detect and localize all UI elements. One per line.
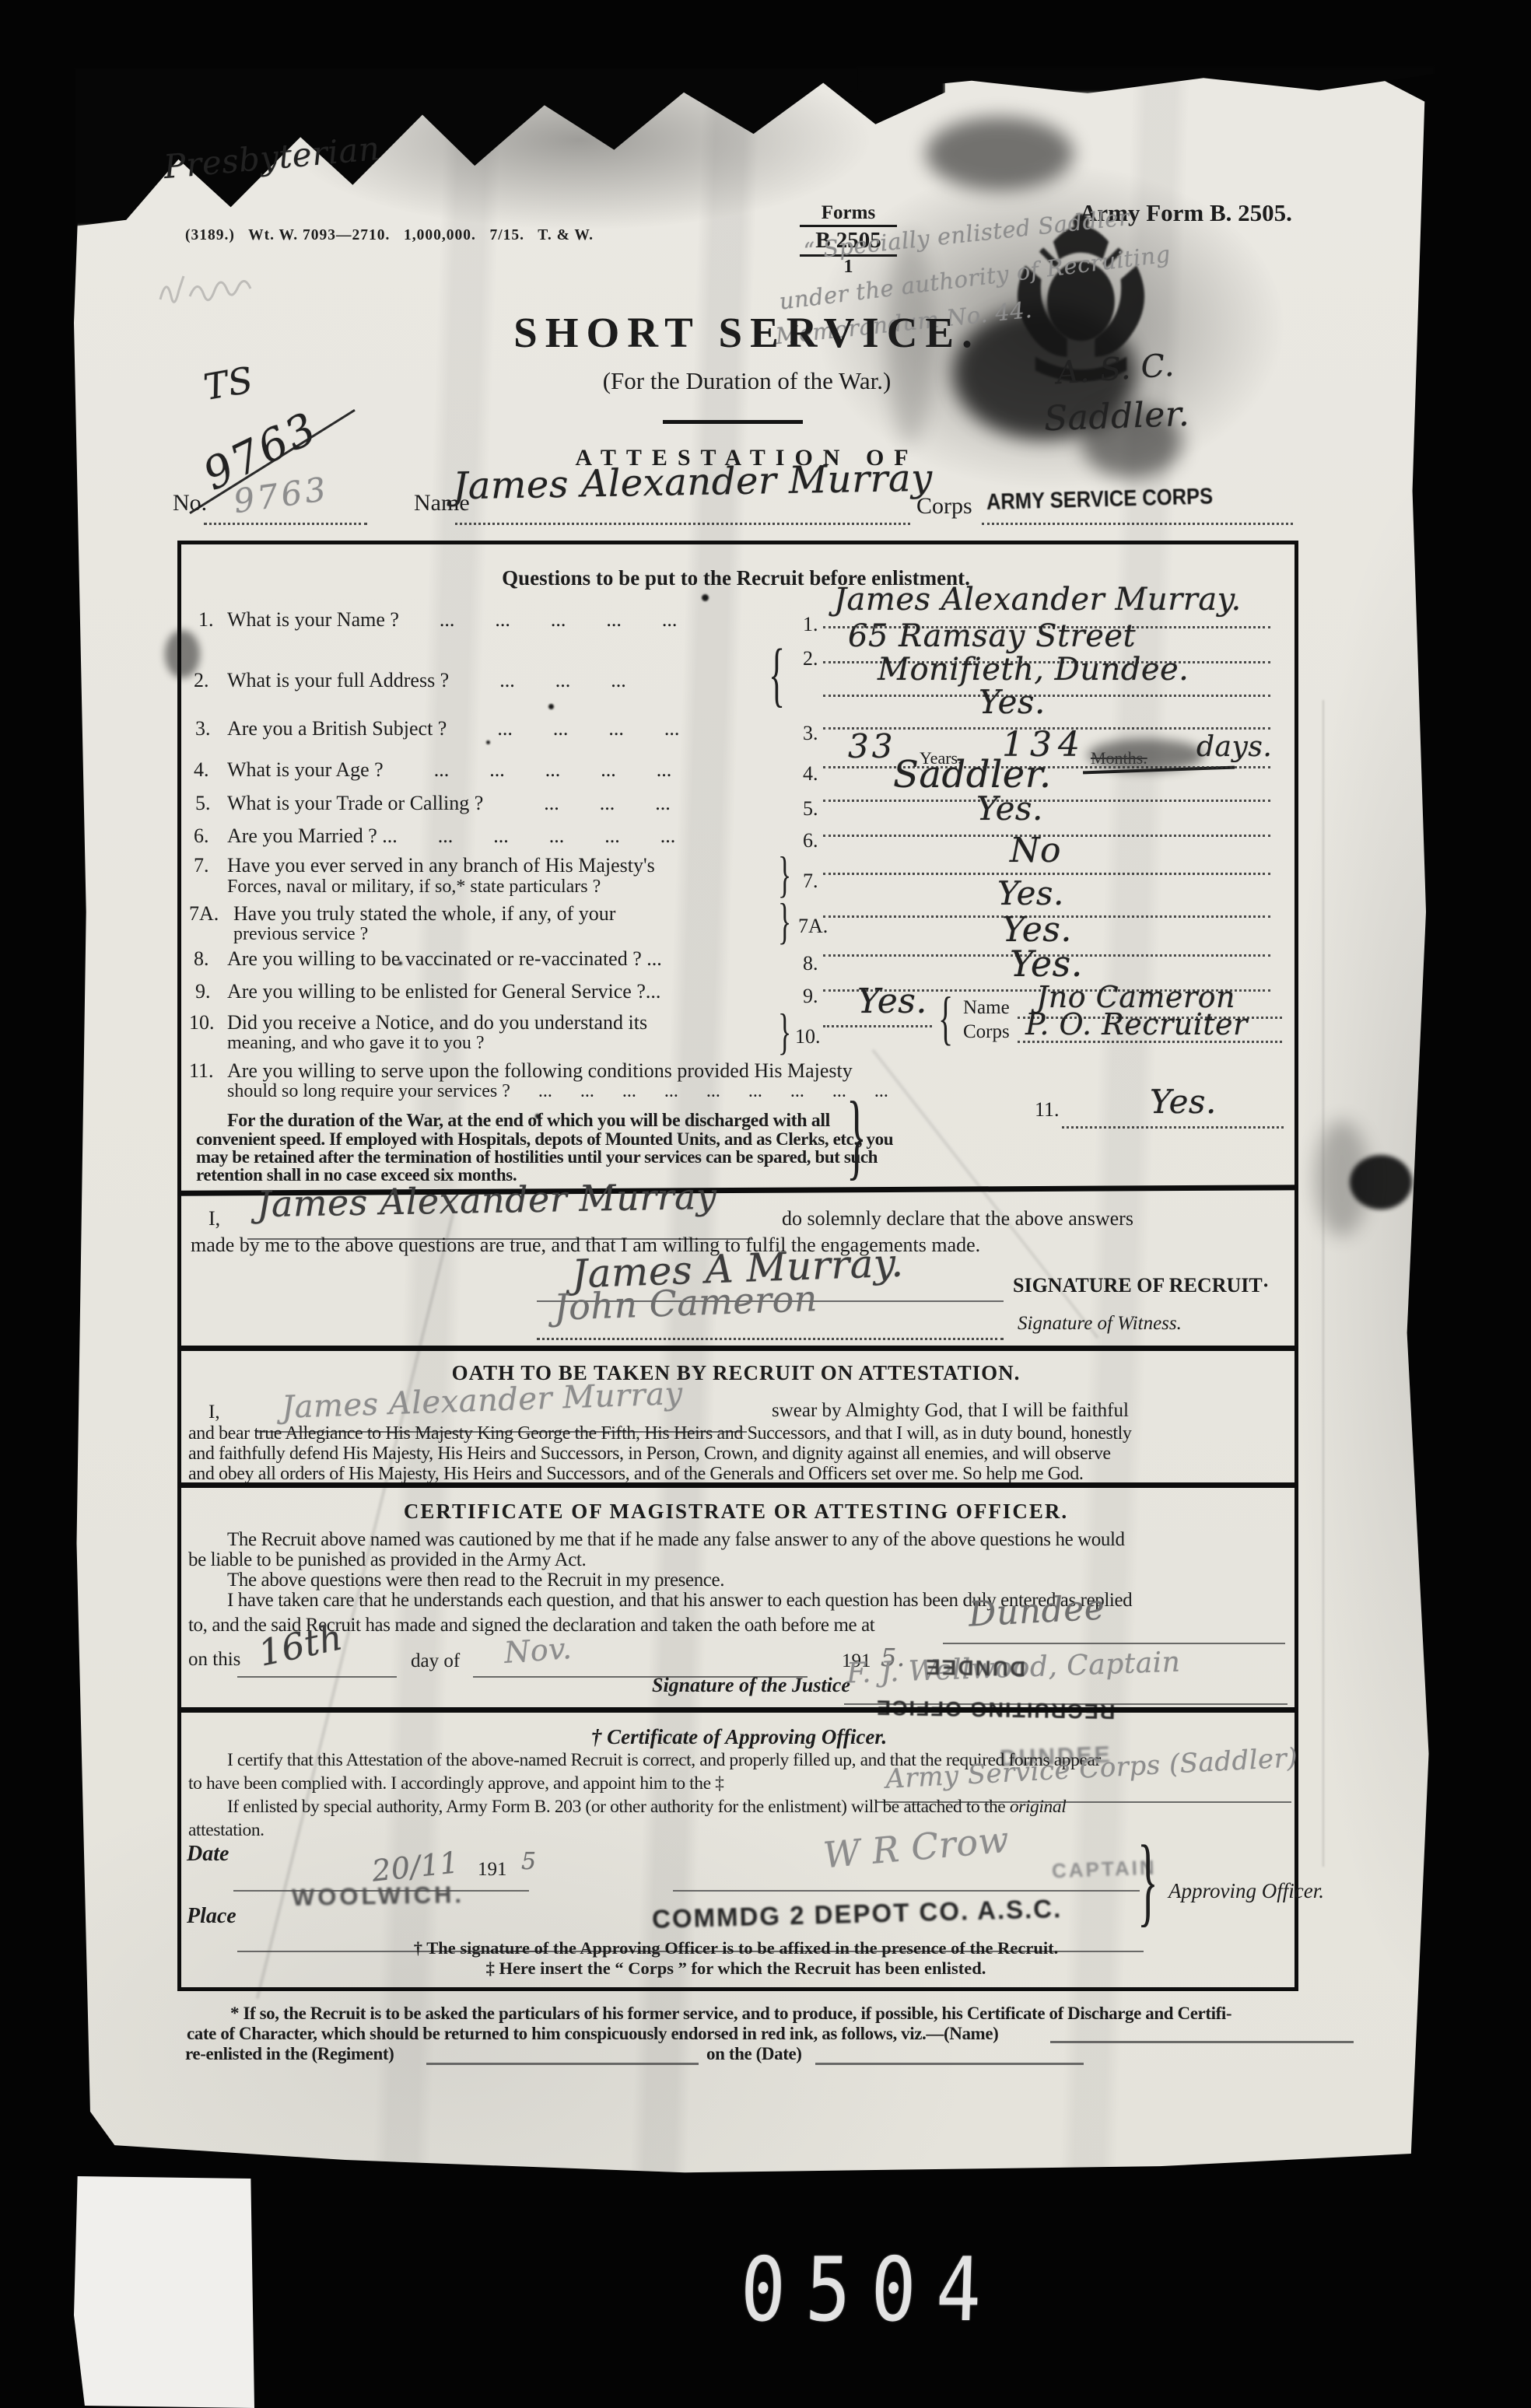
attestation-day-line — [237, 1676, 397, 1678]
q11-answer: Yes. — [1150, 1083, 1217, 1121]
q8-answer-number: 8. — [803, 952, 818, 975]
footnote-dagger: † The signature of the Approving Officer… — [177, 1938, 1295, 1958]
approval-year-printed: 191 — [478, 1859, 507, 1881]
corps-annotation-saddler: Saddler. — [1043, 394, 1190, 439]
day-of-label: day of — [411, 1650, 460, 1673]
magistrate-heading: CERTIFICATE OF MAGISTRATE OR ATTESTING O… — [177, 1500, 1295, 1524]
q4-months-label-struck: Months. — [1091, 748, 1147, 768]
magistrate-p2: The above questions were then read to th… — [227, 1570, 724, 1592]
q8-text: Are you willing to be vaccinated or re-v… — [227, 947, 662, 971]
q10-text-line1: Did you receive a Notice, and do you und… — [227, 1011, 647, 1034]
form-subtitle: (For the Duration of the War.) — [436, 367, 1058, 395]
q10-text-line2: meaning, and who gave it to you ? — [227, 1033, 485, 1055]
justice-signature-label: Signature of the Justice — [652, 1674, 850, 1697]
recruit-signature-label: SIGNATURE OF RECRUIT· — [1013, 1274, 1269, 1297]
attestation-place-line — [943, 1643, 1285, 1644]
approving-p2a-italic: original — [1010, 1797, 1067, 1817]
q10-answer: Yes. — [857, 982, 927, 1021]
bottom-note-date-line — [815, 2063, 1084, 2065]
q9-answer-number: 9. — [803, 985, 818, 1008]
bottom-note-name-line — [1050, 2041, 1354, 2043]
q10-name-label: Name — [963, 997, 1010, 1020]
magistrate-p1b: be liable to be punished as provided in … — [188, 1549, 586, 1572]
q1-text: What is your Name ? ... ... ... ... ... — [227, 608, 677, 632]
approving-heading: † Certificate of Approving Officer. — [405, 1725, 1074, 1749]
approving-brace — [1137, 1832, 1158, 1932]
oath-post: swear by Almighty God, that I will be fa… — [772, 1400, 1129, 1423]
place-label: Place — [187, 1904, 236, 1929]
corps-label: Corps — [916, 493, 972, 520]
name-value: James Alexander Murray — [453, 457, 934, 509]
declaration-pre: I, — [208, 1207, 220, 1230]
q7a-text-line2: previous service ? — [233, 924, 368, 946]
witness-signature-line — [537, 1338, 1004, 1340]
q5-text: What is your Trade or Calling ? ... ... … — [227, 792, 671, 815]
adjacent-frame-fragment — [74, 2176, 254, 2408]
q4-number: 4. — [194, 758, 209, 782]
section-rule — [177, 1482, 1298, 1488]
q2-number: 2. — [194, 669, 209, 692]
q5-answer-line — [823, 800, 1270, 802]
declaration-post: do solemnly declare that the above answe… — [782, 1207, 1133, 1230]
q11-text-line1: Are you willing to serve upon the follow… — [227, 1059, 853, 1083]
officer-signature-line — [673, 1890, 1140, 1892]
q7-number: 7. — [194, 854, 209, 877]
q6-number: 6. — [194, 824, 209, 848]
name-line — [455, 523, 910, 525]
q7a-number: 7A. — [189, 902, 219, 926]
q1-number: 1. — [198, 608, 214, 632]
witness-signature-label: Signature of Witness. — [1018, 1313, 1182, 1335]
q7-text-line1: Have you ever served in any branch of Hi… — [227, 854, 655, 877]
approving-p2a: If enlisted by special authority, Army F… — [227, 1797, 1066, 1818]
q5-answer-number: 5. — [803, 797, 818, 821]
q2-answer-line1: 65 Ramsay Street — [848, 618, 1136, 654]
q7-answer: No — [1010, 831, 1061, 870]
q4-days-suffix: days. — [1196, 731, 1272, 763]
q4-answer-years: 33 — [848, 727, 895, 765]
q8-number: 8. — [194, 947, 209, 971]
declaration-name: James Alexander Murray — [257, 1175, 717, 1225]
magistrate-p1a: The Recruit above named was cautioned by… — [227, 1529, 1125, 1552]
q11-answer-number: 11. — [1035, 1098, 1060, 1122]
q5-number: 5. — [195, 792, 211, 815]
bottom-note-line4: on the (Date) — [706, 2044, 802, 2064]
bottom-note-regiment-line — [426, 2063, 699, 2065]
q10-corps-label: Corps — [963, 1021, 1010, 1044]
ink-smudge — [926, 117, 1074, 191]
oath-line3: and faithfully defend His Majesty, His H… — [188, 1444, 1111, 1465]
q11-answer-line — [1062, 1126, 1284, 1129]
microfilm-frame: Presbyterian (3189.) Wt. W. 7093—2710. 1… — [0, 0, 1531, 2408]
bottom-note-line1: * If so, the Recruit is to be asked the … — [230, 2004, 1231, 2024]
q1-answer-number: 1. — [803, 613, 818, 636]
oath-line2: and bear true Allegiance to His Majesty … — [188, 1423, 1132, 1445]
q2-answer-number: 2. — [803, 647, 818, 670]
oath-heading: OATH TO BE TAKEN BY RECRUIT ON ATTESTATI… — [177, 1361, 1295, 1385]
approval-year-value: 5 — [521, 1848, 537, 1875]
title-underline — [663, 420, 803, 424]
form-title: SHORT SERVICE. — [436, 308, 1058, 357]
frame-counter: 0504 — [739, 2238, 1003, 2341]
attestation-place-value: Dundee — [968, 1587, 1106, 1634]
q10-brace — [778, 1006, 791, 1057]
q3-answer: Yes. — [979, 683, 1046, 721]
conditions-brace — [846, 1087, 867, 1184]
dundee-stamp-inverted: DUNDEE — [924, 1654, 1026, 1681]
q2-brace — [769, 639, 785, 711]
bottom-note-line2: cate of Character, which should be retur… — [187, 2024, 998, 2044]
q2-text: What is your full Address ? ... ... ... — [227, 669, 626, 692]
q6-answer-number: 6. — [803, 829, 818, 852]
corps-line — [982, 523, 1293, 525]
no-label: No. — [173, 490, 207, 517]
forms-word: Forms — [800, 202, 897, 225]
q9-text: Are you willing to be enlisted for Gener… — [227, 980, 660, 1003]
oath-pre: I, — [208, 1402, 220, 1424]
approving-p1b: to have been complied with. I accordingl… — [188, 1773, 724, 1794]
attestation-month-value: Nov. — [503, 1631, 573, 1670]
q7a-answer: Yes. — [997, 874, 1064, 912]
printer-imprint: (3189.) Wt. W. 7093—2710. 1,000,000. 7/1… — [185, 227, 594, 244]
q9-answer: Yes. — [1010, 943, 1083, 985]
approving-p2a-text: If enlisted by special authority, Army F… — [227, 1797, 1010, 1817]
footnote-double-dagger: ‡ Here insert the “ Corps ” for which th… — [177, 1958, 1295, 1979]
q4-text: What is your Age ? ... ... ... ... ... — [227, 758, 671, 782]
q10-answer-number: 10. — [795, 1025, 821, 1048]
q10-answer-line — [823, 1025, 932, 1027]
bottom-note-line3: re-enlisted in the (Regiment) — [185, 2044, 394, 2064]
q7a-text-line1: Have you truly stated the whole, if any,… — [233, 902, 615, 926]
approving-p2b: attestation. — [188, 1820, 265, 1841]
q10-namecorps-brace — [938, 989, 953, 1048]
q4-answer-number: 4. — [803, 762, 818, 786]
q3-number: 3. — [195, 717, 211, 740]
q7a-brace — [778, 896, 791, 947]
q11-number: 11. — [189, 1059, 214, 1083]
q10-number: 10. — [189, 1011, 215, 1034]
approving-officer-label: Approving Officer. — [1168, 1879, 1324, 1903]
ts-prefix-annotation: TS — [201, 359, 257, 408]
q6-text: Are you Married ? ... ... ... ... ... ..… — [227, 824, 675, 848]
woolwich-stamp: WOOLWICH. — [292, 1881, 465, 1912]
q7a-answer-number: 7A. — [798, 915, 828, 938]
q7-brace — [778, 849, 791, 900]
q3-text: Are you a British Subject ? ... ... ... … — [227, 717, 679, 740]
on-this-label: on this — [188, 1649, 240, 1671]
q6-answer: Yes. — [976, 789, 1043, 828]
q7-answer-number: 7. — [803, 870, 818, 893]
q7-text-line2: Forces, naval or military, if so,* state… — [227, 877, 601, 898]
q2-answer-underline2 — [823, 695, 1270, 697]
section-rule — [177, 1707, 1298, 1713]
q9-number: 9. — [195, 980, 211, 1003]
date-label: Date — [187, 1842, 229, 1867]
q10-corps-value: P. O. Recruiter — [1025, 1007, 1248, 1041]
q10-corps-line — [1018, 1041, 1282, 1043]
fold-line — [1323, 700, 1324, 1867]
q1-answer: James Alexander Murray. — [834, 582, 1242, 618]
q3-answer-number: 3. — [803, 722, 818, 745]
no-line — [204, 523, 367, 525]
q11-text-line2: should so long require your services ? .… — [227, 1081, 888, 1103]
section-rule — [177, 1346, 1298, 1351]
pencil-scribble — [156, 268, 280, 315]
